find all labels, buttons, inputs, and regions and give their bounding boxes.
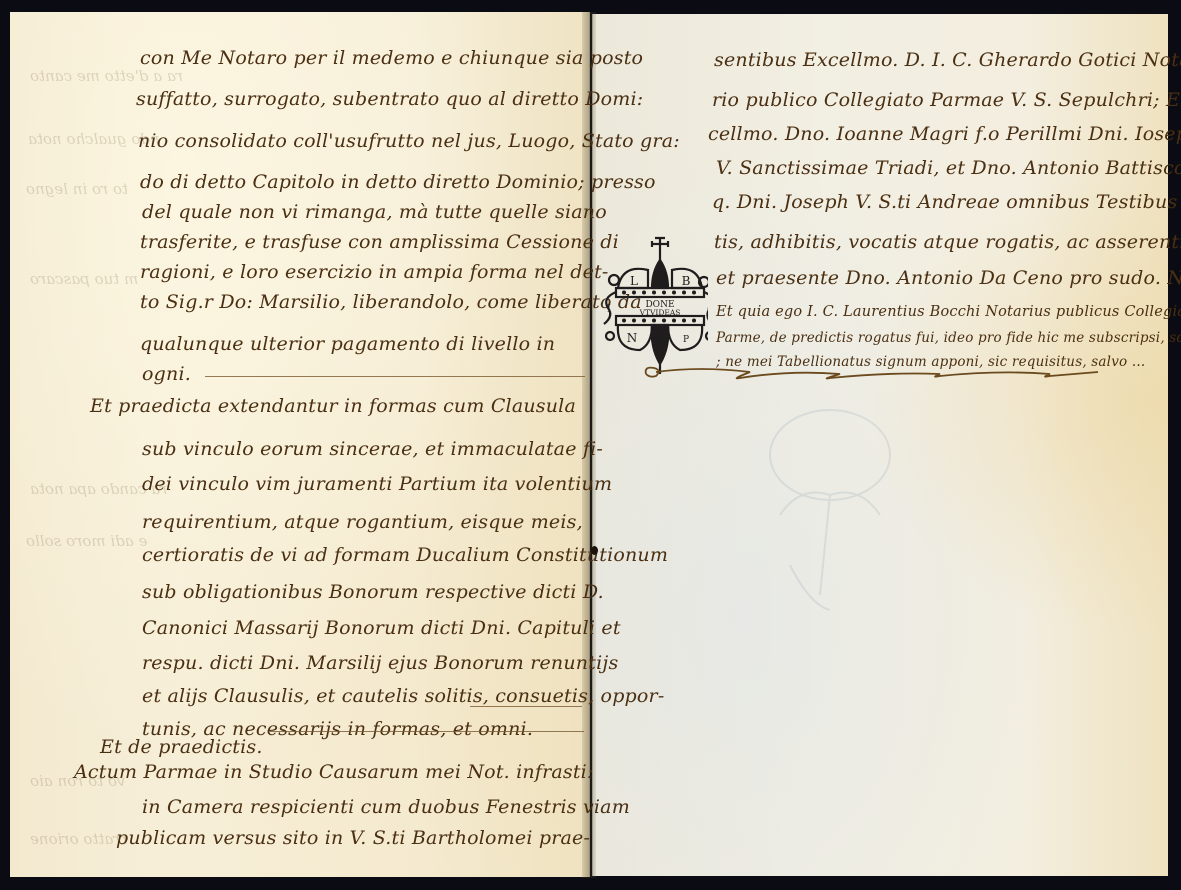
manuscript-line: rio publico Collegiato Parmae V. S. Sepu…: [712, 88, 1181, 112]
manuscript-line: del quale non vi rimanga, mà tutte quell…: [142, 200, 607, 224]
manuscript-line: in Camera respicienti cum duobus Fenestr…: [142, 795, 630, 819]
manuscript-line: publicam versus sito in V. S.ti Bartholo…: [116, 826, 590, 850]
seal-letter-c: C: [707, 304, 708, 315]
manuscript-line: q. Dni. Joseph V. S.ti Andreae omnibus T…: [712, 190, 1181, 214]
ink-blot: [591, 546, 598, 555]
manuscript-line: tis, adhibitis, vocatis atque rogatis, a…: [714, 230, 1181, 254]
manuscript-line: requirentium, atque rogantium, eisque me…: [142, 510, 583, 534]
line-filler-rule: [205, 376, 585, 377]
manuscript-line: sentibus Excellmo. D. I. C. Gherardo Got…: [714, 48, 1181, 72]
notary-seal-icon: L B I C N P DONE VTVIDEAS: [600, 232, 708, 382]
manuscript-line: Canonici Massarij Bonorum dicti Dni. Cap…: [142, 616, 621, 640]
seal-letter-n: N: [627, 331, 638, 345]
manuscript-line: Et praedicta extendantur in formas cum C…: [90, 394, 576, 418]
manuscript-line: sub vinculo eorum sincerae, et immaculat…: [142, 437, 603, 461]
manuscript-line: et alijs Clausulis, et cautelis solitis,…: [142, 684, 664, 708]
manuscript-line: et praesente Dno. Antonio Da Ceno pro su…: [716, 266, 1181, 290]
manuscript-line: con Me Notaro per il medemo e chiunque s…: [140, 46, 643, 70]
manuscript-line: trasferite, e trasfuse con amplissima Ce…: [140, 230, 619, 254]
seal-letter-p: P: [683, 335, 689, 345]
manuscript-line: V. Sanctissimae Triadi, et Dno. Antonio …: [716, 156, 1181, 180]
manuscript-line: do di detto Capitolo in detto diretto Do…: [140, 170, 656, 194]
manuscript-line: sub obligationibus Bonorum respective di…: [142, 580, 604, 604]
manuscript-line: Actum Parmae in Studio Causarum mei Not.…: [74, 760, 594, 784]
manuscript-line: Parme, de predictis rogatus fui, ideo pr…: [716, 326, 1181, 350]
seal-letter-i: I: [607, 304, 611, 315]
bleed-through-text: m tuo pascaro: [30, 270, 138, 288]
seal-letter-l: L: [630, 274, 638, 288]
paper-watermark: [720, 395, 920, 635]
manuscript-line: respu. dicti Dni. Marsilij ejus Bonorum …: [142, 651, 618, 675]
manuscript-line: dei vinculo vim juramenti Partium ita vo…: [142, 472, 612, 496]
manuscript-line: ogni.: [142, 362, 191, 386]
line-filler-rule: [470, 706, 582, 707]
manuscript-line: to Sig.r Do: Marsilio, liberandolo, come…: [140, 290, 642, 314]
manuscript-line: ragioni, e loro esercizio in ampia forma…: [140, 260, 609, 284]
manuscript-spread: ra a d'etto me canto ndo gualcho nota to…: [0, 0, 1181, 890]
manuscript-line: certioratis de vi ad formam Ducalium Con…: [142, 543, 668, 567]
signature-flourish: [640, 362, 1100, 384]
manuscript-line: Et de praedictis.: [100, 735, 263, 759]
line-filler-rule: [270, 731, 584, 732]
manuscript-line: qualunque ulterior pagamento di livello …: [140, 332, 555, 356]
manuscript-line: cellmo. Dno. Ioanne Magri f.o Perillmi D…: [708, 122, 1181, 146]
seal-motto-line2: VTVIDEAS: [639, 308, 681, 317]
bleed-through-text: to ro in legno: [26, 180, 128, 198]
manuscript-line: suffatto, surrogato, subentrato quo al d…: [136, 87, 643, 111]
manuscript-line: nio consolidato coll'usufrutto nel jus, …: [138, 129, 680, 153]
seal-letter-b: B: [682, 274, 691, 288]
manuscript-line: Et quia ego I. C. Laurentius Bocchi Nota…: [716, 300, 1181, 324]
bleed-through-text: e adi moro sollo: [26, 532, 147, 550]
bleed-through-text: rratto orione: [30, 830, 128, 848]
